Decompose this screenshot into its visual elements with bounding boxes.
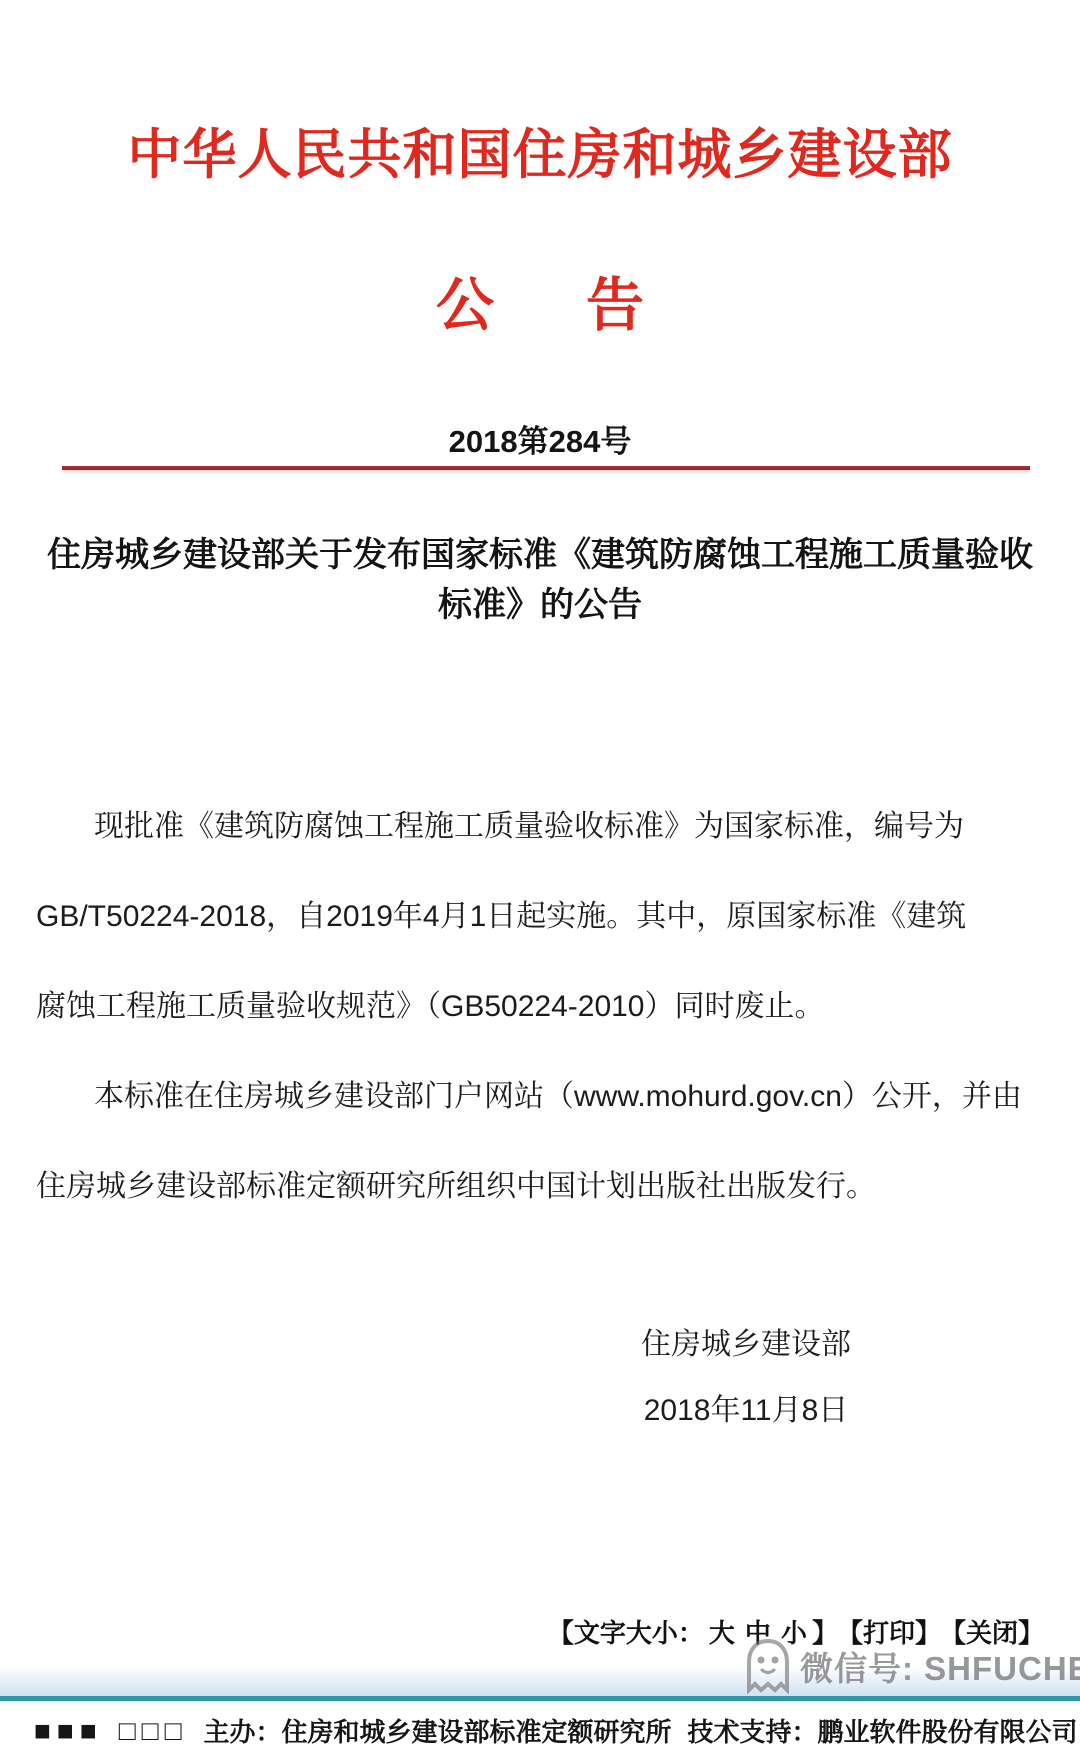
signature-block: 住房城乡建设部 2018年11月8日 bbox=[516, 1312, 976, 1444]
announcement-char-left: 公 bbox=[436, 258, 494, 342]
notice-body: 现批准《建筑防腐蚀工程施工质量验收标准》为国家标准，编号为 GB/T50224-… bbox=[36, 782, 1046, 1232]
doc-number: 2018第284号 bbox=[0, 416, 1080, 461]
body-paragraph-2-line-1: 本标准在住房城乡建设部门户网站（www.mohurd.gov.cn）公开，并由 bbox=[36, 1052, 1046, 1142]
body-paragraph-1-line-2: GB/T50224-2018，自2019年4月1日起实施。其中，原国家标准《建筑 bbox=[36, 872, 1046, 962]
footer-host: 主办：住房和城乡建设部标准定额研究所 bbox=[204, 1712, 672, 1749]
notice-title-line-2: 标准》的公告 bbox=[0, 580, 1080, 630]
signature-date: 2018年11月8日 bbox=[516, 1378, 976, 1444]
watermark-text: 微信号: SHFUCHEM bbox=[800, 1643, 1080, 1690]
font-size-large-button[interactable]: 大 bbox=[709, 1618, 735, 1648]
footer-squares-empty-icon: □□□ bbox=[119, 1715, 188, 1747]
body-paragraph-2-line-2: 住房城乡建设部标准定额研究所组织中国计划出版社出版发行。 bbox=[36, 1142, 1046, 1232]
ghost-icon bbox=[742, 1638, 794, 1694]
signature: 住房城乡建设部 bbox=[516, 1312, 976, 1378]
notice-title: 住房城乡建设部关于发布国家标准《建筑防腐蚀工程施工质量验收 标准》的公告 bbox=[0, 530, 1080, 630]
announcement-heading: 公 告 bbox=[0, 258, 1080, 342]
font-size-label: 【文字大小： bbox=[548, 1618, 704, 1648]
body-paragraph-1-line-1: 现批准《建筑防腐蚀工程施工质量验收标准》为国家标准，编号为 bbox=[36, 782, 1046, 872]
ministry-title: 中华人民共和国住房和城乡建设部 bbox=[0, 112, 1080, 189]
wechat-watermark: 微信号: SHFUCHEM bbox=[742, 1638, 1080, 1694]
notice-title-line-1: 住房城乡建设部关于发布国家标准《建筑防腐蚀工程施工质量验收 bbox=[0, 530, 1080, 580]
body-paragraph-1-line-3: 腐蚀工程施工质量验收规范》（GB50224-2010）同时废止。 bbox=[36, 962, 1046, 1052]
footer-squares-filled-icon: ■■■ bbox=[34, 1715, 103, 1747]
footer-tech-support: 技术支持：鹏业软件股份有限公司 bbox=[688, 1712, 1078, 1749]
red-divider bbox=[62, 466, 1030, 470]
announcement-page: 中华人民共和国住房和城乡建设部 公 告 2018第284号 住房城乡建设部关于发… bbox=[0, 0, 1080, 1760]
footer-bar: ■■■ □□□ 主办：住房和城乡建设部标准定额研究所 技术支持：鹏业软件股份有限… bbox=[34, 1712, 1080, 1749]
announcement-char-right: 告 bbox=[586, 258, 644, 342]
